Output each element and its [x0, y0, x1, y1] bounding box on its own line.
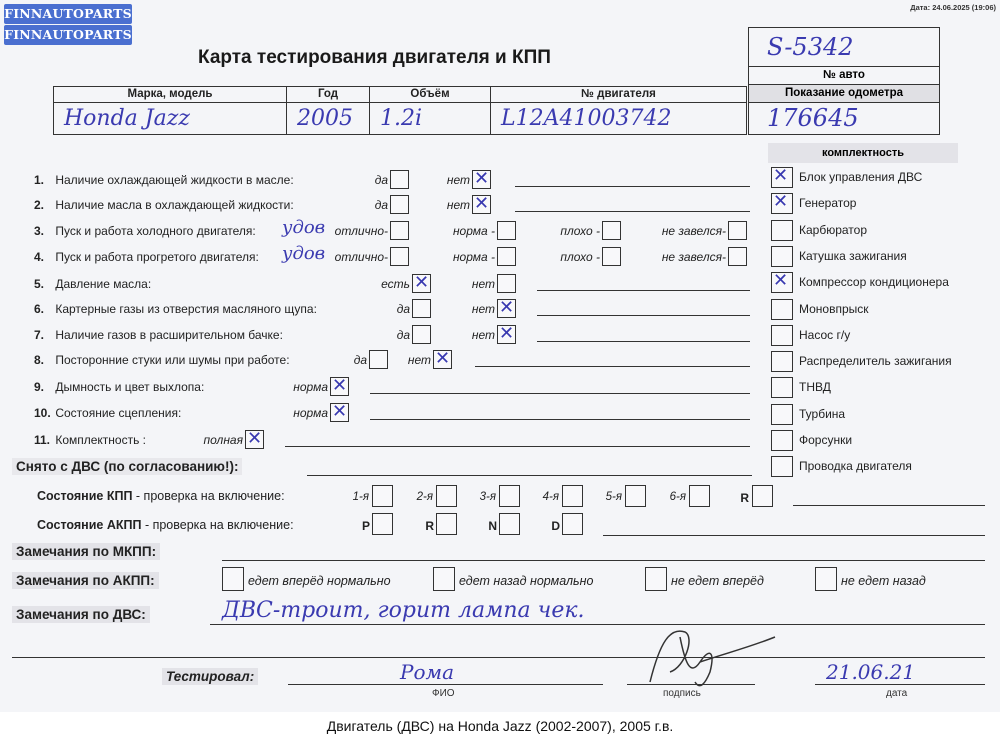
fio-label: ФИО — [432, 688, 455, 699]
completeness-item-label: Проводка двигателя — [799, 459, 912, 473]
engine-remarks-line-2[interactable] — [12, 657, 985, 658]
answer-line[interactable] — [537, 315, 750, 316]
gear-checkbox[interactable] — [372, 513, 393, 535]
make-model-value: Honda Jazz — [54, 103, 287, 135]
checkbox-unchecked[interactable] — [390, 221, 409, 240]
gear-checkbox[interactable] — [499, 513, 520, 535]
answer-line[interactable] — [370, 393, 750, 394]
option-label: нет — [408, 353, 431, 367]
checkbox-unchecked[interactable] — [602, 247, 621, 266]
answer-line[interactable] — [285, 446, 750, 447]
question-note: удов — [282, 217, 325, 238]
question-5: 5. Давление масла: — [34, 277, 151, 291]
akpp-remark-label: не едет назад — [841, 574, 926, 588]
checkbox-checked[interactable] — [472, 195, 491, 214]
answer-line[interactable] — [515, 186, 750, 187]
checkbox-unchecked[interactable] — [497, 221, 516, 240]
engine-remarks-value: ДВС-троит, горит лампа чек. — [222, 598, 584, 623]
checkbox-unchecked[interactable] — [412, 299, 431, 318]
mkpp-remarks-line[interactable] — [222, 560, 985, 561]
gear-checkbox[interactable] — [689, 485, 710, 507]
make-model-label: Марка, модель — [54, 87, 287, 103]
kpp-line[interactable] — [793, 505, 985, 506]
akpp-remark-checkbox[interactable] — [645, 567, 667, 591]
gear-label: 3-я — [480, 491, 496, 503]
completeness-item-label: Распределитель зажигания — [799, 354, 952, 368]
question-1: 1. Наличие охлаждающей жидкости в масле: — [34, 173, 294, 187]
option-label: норма - — [453, 250, 495, 264]
option-label: норма — [293, 380, 328, 394]
question-10: 10. Состояние сцепления: — [34, 406, 181, 420]
answer-line[interactable] — [515, 211, 750, 212]
date-stamp: Дата: 24.06.2025 (19:06) — [910, 3, 996, 12]
option-label: есть — [381, 277, 410, 291]
option-label: да — [397, 328, 410, 342]
completeness-checkbox[interactable] — [771, 193, 793, 214]
option-label: плохо - — [560, 224, 600, 238]
akpp-remark-checkbox[interactable] — [815, 567, 837, 591]
gear-checkbox[interactable] — [625, 485, 646, 507]
gear-checkbox[interactable] — [436, 513, 457, 535]
question-note: удов — [282, 243, 325, 264]
checkbox-unchecked[interactable] — [369, 350, 388, 369]
completeness-checkbox[interactable] — [771, 430, 793, 451]
auto-box: S-5342 № авто Показание одометра 176645 — [748, 27, 940, 135]
auto-no-value: S-5342 — [749, 28, 939, 67]
checkbox-unchecked[interactable] — [412, 325, 431, 344]
odometer-label: Показание одометра — [749, 84, 939, 103]
volume-value: 1.2i — [370, 103, 491, 135]
question-9: 9. Дымность и цвет выхлопа: — [34, 380, 204, 394]
checkbox-unchecked[interactable] — [390, 170, 409, 189]
question-3: 3. Пуск и работа холодного двигателя: — [34, 224, 256, 238]
year-label: Год — [287, 87, 370, 103]
gear-label: 1-я — [353, 491, 369, 503]
option-label: нет — [472, 277, 495, 291]
akpp-remarks-label: Замечания по АКПП: — [12, 572, 159, 589]
gear-label: 6-я — [670, 491, 686, 503]
checkbox-checked[interactable] — [497, 299, 516, 318]
checkbox-unchecked[interactable] — [728, 247, 747, 266]
signature-label: подпись — [663, 688, 701, 699]
gear-label: R — [425, 519, 434, 533]
akpp-label: Состояние АКПП - проверка на включение: — [37, 518, 294, 532]
checkbox-unchecked[interactable] — [497, 247, 516, 266]
completeness-checkbox[interactable] — [771, 167, 793, 188]
logo: FINNAUTOPARTS — [4, 4, 132, 24]
test-card-sheet: FINNAUTOPARTS FINNAUTOPARTS Дата: 24.06.… — [0, 0, 1000, 712]
removed-line[interactable] — [307, 475, 752, 476]
checkbox-unchecked[interactable] — [728, 221, 747, 240]
checkbox-unchecked[interactable] — [390, 195, 409, 214]
option-label: не завелся- — [662, 250, 726, 264]
option-label: нет — [447, 198, 470, 212]
tested-label: Тестировал: — [162, 668, 258, 685]
akpp-remark-label: едет назад нормально — [459, 574, 593, 588]
question-8: 8. Посторонние стуки или шумы при работе… — [34, 353, 290, 367]
date-label: дата — [886, 688, 907, 699]
completeness-item-label: Карбюратор — [799, 223, 867, 237]
answer-line[interactable] — [370, 419, 750, 420]
option-label: нет — [472, 328, 495, 342]
question-6: 6. Картерные газы из отверстия масляного… — [34, 302, 317, 316]
akpp-remark-checkbox[interactable] — [433, 567, 455, 591]
gear-label: D — [551, 519, 560, 533]
completeness-item-label: ТНВД — [799, 380, 831, 394]
completeness-checkbox[interactable] — [771, 299, 793, 320]
gear-label: R — [740, 491, 749, 505]
signature-line[interactable] — [627, 684, 755, 685]
completeness-checkbox[interactable] — [771, 325, 793, 346]
tester-line[interactable] — [288, 684, 603, 685]
gear-checkbox[interactable] — [562, 485, 583, 507]
completeness-checkbox[interactable] — [771, 377, 793, 398]
gear-label: 4-я — [543, 491, 559, 503]
completeness-checkbox[interactable] — [771, 272, 793, 293]
auto-no-label: № авто — [749, 67, 939, 84]
gear-label: N — [488, 519, 497, 533]
gear-checkbox[interactable] — [372, 485, 393, 507]
completeness-item-label: Компрессор кондиционера — [799, 275, 949, 289]
engine-no-value: L12A41003742 — [491, 103, 747, 135]
option-label: да — [375, 173, 388, 187]
checkbox-checked[interactable] — [497, 325, 516, 344]
completeness-item-label: Генератор — [799, 196, 856, 210]
kpp-label: Состояние КПП - проверка на включение: — [37, 489, 285, 503]
completeness-title: комплектность — [768, 143, 958, 163]
checkbox-unchecked[interactable] — [390, 247, 409, 266]
option-label: норма - — [453, 224, 495, 238]
engine-remarks-line[interactable] — [210, 624, 985, 625]
year-value: 2005 — [287, 103, 370, 135]
date-value: 21.06.21 — [826, 660, 915, 684]
answer-line[interactable] — [537, 341, 750, 342]
odometer-value: 176645 — [749, 103, 939, 134]
question-7: 7. Наличие газов в расширительном бачке: — [34, 328, 283, 342]
completeness-checkbox[interactable] — [771, 404, 793, 425]
engine-remarks-label: Замечания по ДВС: — [12, 606, 150, 623]
option-label: да — [397, 302, 410, 316]
option-label: не завелся- — [662, 224, 726, 238]
completeness-checkbox[interactable] — [771, 220, 793, 241]
gear-label: 2-я — [417, 491, 433, 503]
akpp-remark-label: не едет вперёд — [671, 574, 764, 588]
gear-label: 5-я — [606, 491, 622, 503]
gear-checkbox[interactable] — [752, 485, 773, 507]
completeness-checkbox[interactable] — [771, 246, 793, 267]
checkbox-unchecked[interactable] — [602, 221, 621, 240]
option-label: нет — [472, 302, 495, 316]
option-label: да — [375, 198, 388, 212]
option-label: да — [354, 353, 367, 367]
option-label: норма — [293, 406, 328, 420]
answer-line[interactable] — [475, 366, 750, 367]
date-line[interactable] — [815, 684, 985, 685]
tester-name: Рома — [400, 660, 454, 684]
gear-checkbox[interactable] — [436, 485, 457, 507]
logo: FINNAUTOPARTS — [4, 25, 132, 45]
gear-checkbox[interactable] — [562, 513, 583, 535]
option-label: полная — [204, 433, 243, 447]
akpp-remark-label: едет вперёд нормально — [248, 574, 391, 588]
option-label: нет — [447, 173, 470, 187]
completeness-item-label: Моновпрыск — [799, 302, 869, 316]
form-title: Карта тестирования двигателя и КПП — [198, 47, 551, 69]
question-4: 4. Пуск и работа прогретого двигателя: — [34, 250, 259, 264]
mkpp-remarks-label: Замечания по МКПП: — [12, 543, 160, 560]
checkbox-checked[interactable] — [472, 170, 491, 189]
completeness-checkbox[interactable] — [771, 351, 793, 372]
completeness-item-label: Форсунки — [799, 433, 852, 447]
vehicle-header-table: Марка, модель Год Объём № двигателя Hond… — [53, 86, 747, 135]
checkbox-unchecked[interactable] — [497, 274, 516, 293]
checkbox-checked[interactable] — [412, 274, 431, 293]
answer-line[interactable] — [537, 290, 750, 291]
question-2: 2. Наличие масла в охлаждающей жидкости: — [34, 198, 294, 212]
engine-no-label: № двигателя — [491, 87, 747, 103]
question-11: 11. Комплектность : — [34, 433, 146, 447]
removed-label: Снято с ДВС (по согласованию!): — [12, 458, 242, 475]
volume-label: Объём — [370, 87, 491, 103]
completeness-item-label: Катушка зажигания — [799, 249, 907, 263]
completeness-item-label: Блок управления ДВС — [799, 170, 922, 184]
gear-label: P — [362, 519, 370, 533]
checkbox-checked[interactable] — [245, 430, 264, 449]
checkbox-checked[interactable] — [330, 403, 349, 422]
checkbox-checked[interactable] — [330, 377, 349, 396]
akpp-remark-checkbox[interactable] — [222, 567, 244, 591]
option-label: отлично- — [335, 250, 388, 264]
completeness-item-label: Турбина — [799, 407, 845, 421]
completeness-item-label: Насос г/у — [799, 328, 850, 342]
completeness-checkbox[interactable] — [771, 456, 793, 477]
option-label: отлично- — [335, 224, 388, 238]
image-caption: Двигатель (ДВС) на Honda Jazz (2002-2007… — [0, 718, 1000, 734]
checkbox-checked[interactable] — [433, 350, 452, 369]
akpp-line[interactable] — [603, 535, 985, 536]
gear-checkbox[interactable] — [499, 485, 520, 507]
option-label: плохо - — [560, 250, 600, 264]
